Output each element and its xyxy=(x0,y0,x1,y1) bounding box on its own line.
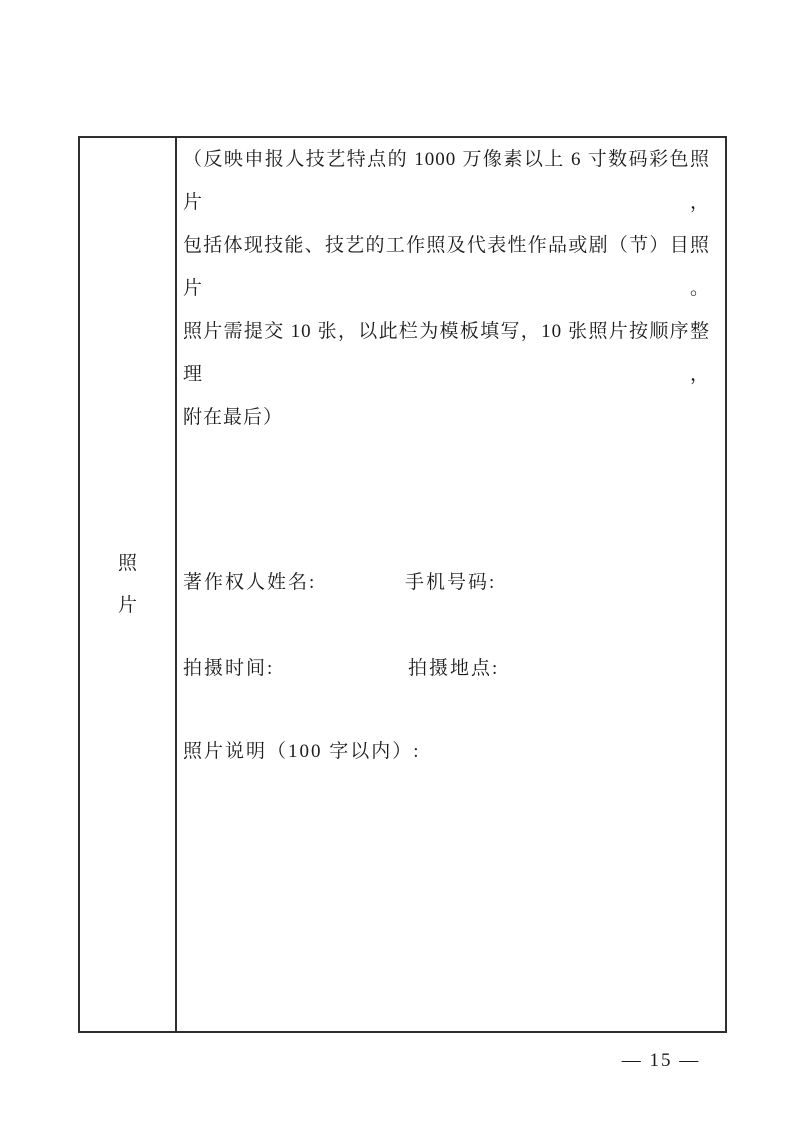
row-label-char-2: 片 xyxy=(118,585,137,627)
page-number: — 15 — xyxy=(600,1048,722,1074)
instructions-line-3: 照片需提交 10 张，以此栏为模板填写，10 张照片按顺序整理， xyxy=(183,310,710,396)
instructions-line-2: 包括体现技能、技艺的工作照及代表性作品或剧（节）目照片。 xyxy=(183,224,710,310)
field-row-time-location: 拍摄时间: 拍摄地点: xyxy=(183,656,713,682)
photo-row-header-cell: 照 片 xyxy=(80,138,177,1031)
field-row-description: 照片说明（100 字以内）: xyxy=(183,739,713,765)
row-label-char-1: 照 xyxy=(118,543,137,585)
document-page: 照 片 （反映申报人技艺特点的 1000 万像素以上 6 寸数码彩色照片， 包括… xyxy=(0,0,800,1126)
shooting-location-label: 拍摄地点: xyxy=(408,656,499,682)
photo-content-cell: （反映申报人技艺特点的 1000 万像素以上 6 寸数码彩色照片， 包括体现技能… xyxy=(177,138,725,1031)
photo-form-table: 照 片 （反映申报人技艺特点的 1000 万像素以上 6 寸数码彩色照片， 包括… xyxy=(78,136,727,1033)
photo-description-label: 照片说明（100 字以内）: xyxy=(183,741,421,762)
mobile-number-label: 手机号码: xyxy=(405,570,496,596)
shooting-time-label: 拍摄时间: xyxy=(183,658,274,679)
photo-instructions: （反映申报人技艺特点的 1000 万像素以上 6 寸数码彩色照片， 包括体现技能… xyxy=(183,138,710,439)
field-row-name-phone: 著作权人姓名: 手机号码: xyxy=(183,570,713,596)
instructions-line-4: 附在最后） xyxy=(183,396,710,439)
instructions-line-1: （反映申报人技艺特点的 1000 万像素以上 6 寸数码彩色照片， xyxy=(183,138,710,224)
copyright-holder-name-label: 著作权人姓名: xyxy=(183,572,316,593)
